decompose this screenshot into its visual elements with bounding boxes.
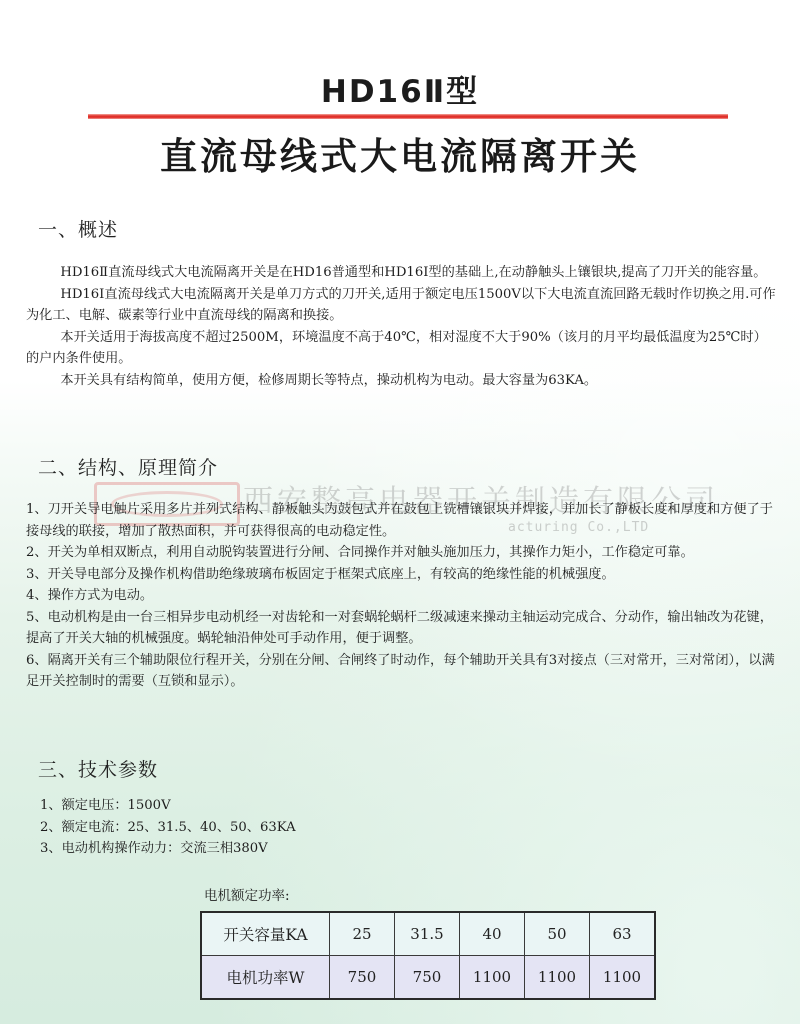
spec-item: 2、额定电流：25、31.5、40、50、63KA xyxy=(40,817,780,839)
table-row-power: 电机功率W 750 750 1100 1100 1100 xyxy=(201,956,655,1000)
table-cell: 63 xyxy=(590,912,656,956)
title-divider xyxy=(88,114,728,119)
table-cell: 750 xyxy=(395,956,460,1000)
spec-item: 1、额定电压：1500V xyxy=(40,795,780,817)
overview-paragraph: HD16Ⅱ直流母线式大电流隔离开关是在HD16普通型和HD16Ⅰ型的基础上,在动… xyxy=(26,262,778,284)
table-cell: 1100 xyxy=(460,956,525,1000)
structure-item: 4、操作方式为电动。 xyxy=(26,585,778,607)
structure-item: 2、开关为单相双断点，利用自动脱钩装置进行分闸、合同操作并对触头施加压力，其操作… xyxy=(26,542,778,564)
page-title: 直流母线式大电流隔离开关 xyxy=(0,126,800,180)
model-title: HD16Ⅱ型 xyxy=(0,66,800,111)
structure-item: 1、刀开关导电触片采用多片并列式结构、静板触头为鼓包式并在鼓包上铣槽镶银块并焊接… xyxy=(26,499,778,542)
table-cell: 1100 xyxy=(590,956,656,1000)
overview-body: HD16Ⅱ直流母线式大电流隔离开关是在HD16普通型和HD16Ⅰ型的基础上,在动… xyxy=(26,262,778,391)
table-cell: 40 xyxy=(460,912,525,956)
structure-body: 1、刀开关导电触片采用多片并列式结构、静板触头为鼓包式并在鼓包上铣槽镶银块并焊接… xyxy=(26,499,778,693)
overview-paragraph: 本开关适用于海拔高度不超过2500M，环境温度不高于40℃，相对湿度不大于90%… xyxy=(26,327,778,370)
row-header: 电机功率W xyxy=(201,956,330,1000)
structure-item: 6、隔离开关有三个辅助限位行程开关，分别在分闸、合闸终了时动作，每个辅助开关具有… xyxy=(26,650,778,693)
section-heading-overview: 一、概述 xyxy=(38,215,118,242)
structure-item: 3、开关导电部分及操作机构借助绝缘玻璃布板固定于框架式底座上，有较高的绝缘性能的… xyxy=(26,564,778,586)
motor-table-caption: 电机额定功率: xyxy=(204,884,290,904)
overview-paragraph: 本开关具有结构简单，使用方便，检修周期长等特点，操动机构为电动。最大容量为63K… xyxy=(26,370,778,392)
section-heading-structure: 二、结构、原理简介 xyxy=(38,453,218,480)
table-cell: 750 xyxy=(330,956,395,1000)
row-header: 开关容量KA xyxy=(201,912,330,956)
specs-list: 1、额定电压：1500V 2、额定电流：25、31.5、40、50、63KA 3… xyxy=(40,795,780,860)
overview-paragraph: HD16Ⅰ直流母线式大电流隔离开关是单刀方式的刀开关,适用于额定电压1500V以… xyxy=(26,284,778,327)
section-heading-specs: 三、技术参数 xyxy=(38,755,158,782)
table-cell: 31.5 xyxy=(395,912,460,956)
table-row-capacity: 开关容量KA 25 31.5 40 50 63 xyxy=(201,912,655,956)
structure-item: 5、电动机构是由一台三相异步电动机经一对齿轮和一对套蜗轮蜗杆二级减速来操动主轴运… xyxy=(26,607,778,650)
table-cell: 25 xyxy=(330,912,395,956)
table-cell: 50 xyxy=(525,912,590,956)
table-cell: 1100 xyxy=(525,956,590,1000)
motor-power-table: 开关容量KA 25 31.5 40 50 63 电机功率W 750 750 11… xyxy=(200,911,656,1000)
spec-item: 3、电动机构操作动力：交流三相380V xyxy=(40,838,780,860)
